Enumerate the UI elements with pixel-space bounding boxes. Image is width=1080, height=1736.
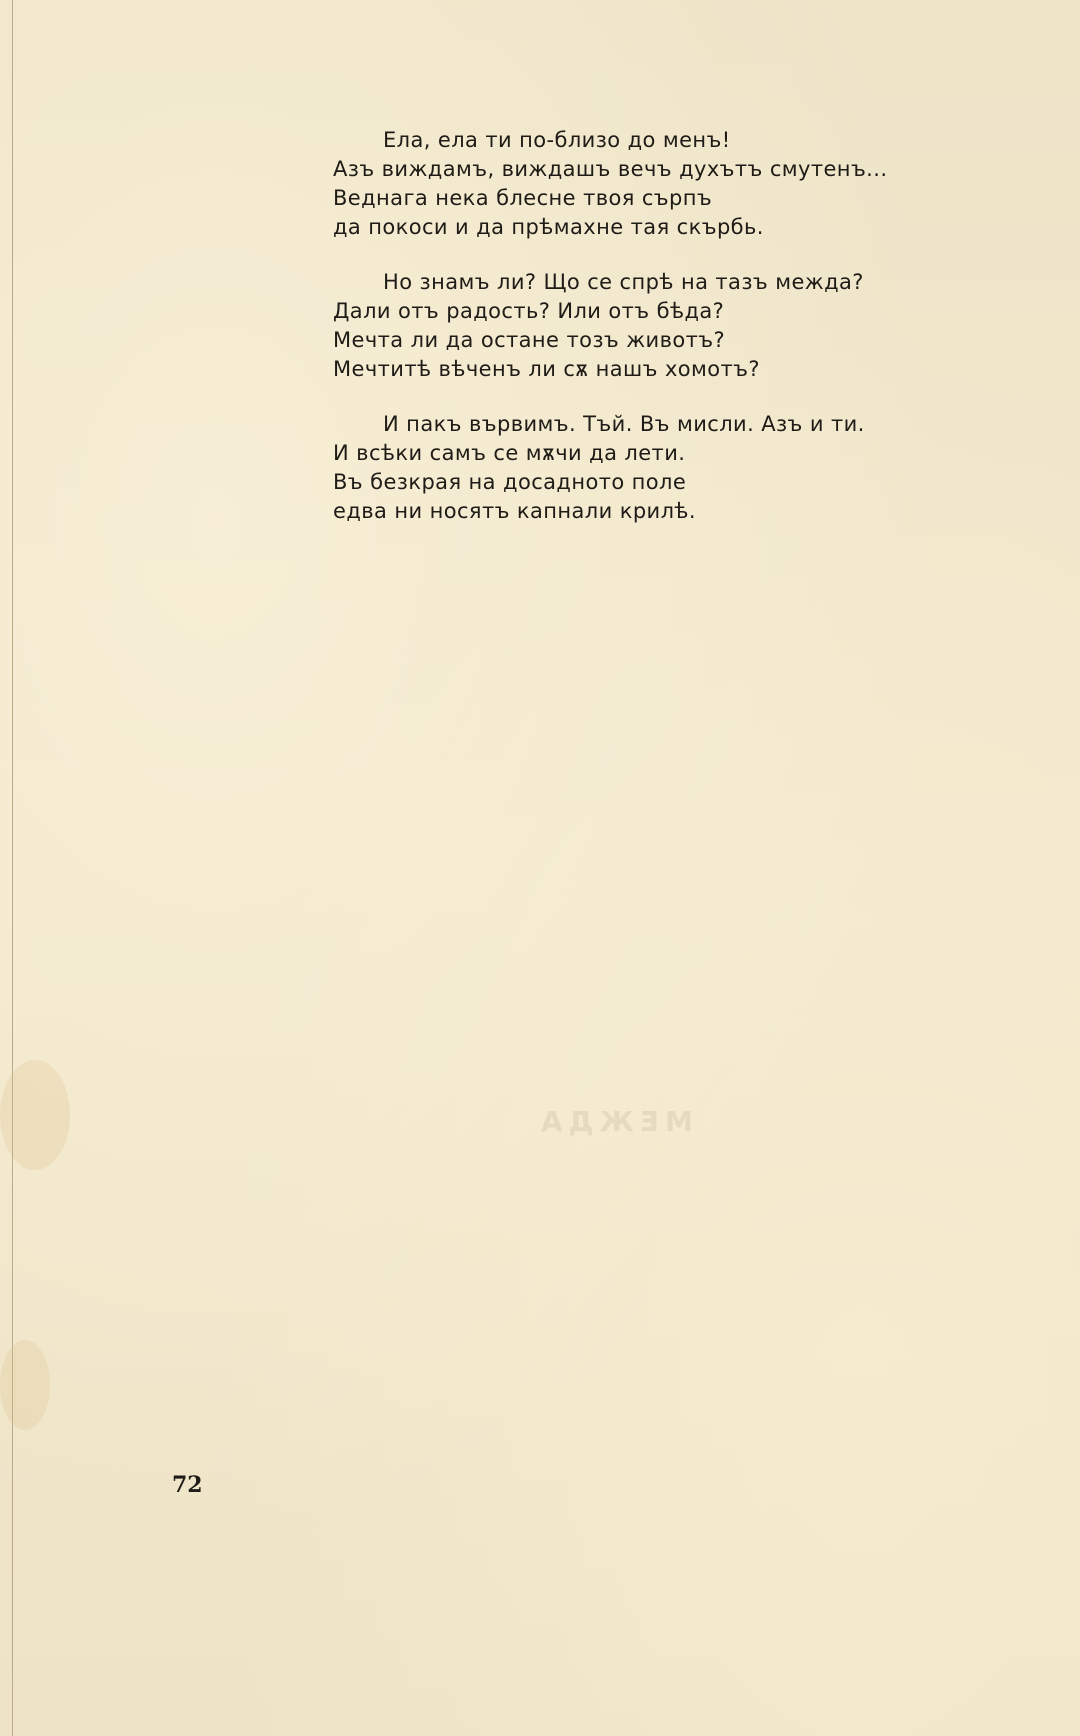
poem-line: едва ни носятъ капнали крилѣ. bbox=[333, 497, 923, 526]
poem-line: Но знамъ ли? Що се спрѣ на тазъ межда? bbox=[333, 268, 923, 297]
poem-line: Мечтитѣ вѣченъ ли сѫ нашъ хомотъ? bbox=[333, 355, 923, 384]
binding-edge-line bbox=[12, 0, 13, 1736]
poem-line: Веднага нека блесне твоя сърпъ bbox=[333, 184, 923, 213]
poem-line: Мечта ли да остане тозъ животъ? bbox=[333, 326, 923, 355]
poem: Ела, ела ти по-близо до менъ! Азъ виждам… bbox=[333, 126, 923, 552]
page-number: 72 bbox=[172, 1472, 203, 1498]
paper-stain bbox=[0, 1340, 50, 1430]
stanza-2: Но знамъ ли? Що се спрѣ на тазъ межда? Д… bbox=[333, 268, 923, 384]
stanza-1: Ела, ела ти по-близо до менъ! Азъ виждам… bbox=[333, 126, 923, 242]
book-page: МЕЖДА Ела, ела ти по-близо до менъ! Азъ … bbox=[0, 0, 1080, 1736]
poem-line: И всѣки самъ се мѫчи да лети. bbox=[333, 439, 923, 468]
poem-line: да покоси и да прѣмахне тая скърбь. bbox=[333, 213, 923, 242]
poem-line: И пакъ вървимъ. Тъй. Въ мисли. Азъ и ти. bbox=[333, 410, 923, 439]
show-through-title: МЕЖДА bbox=[535, 1105, 693, 1138]
poem-line: Дали отъ радость? Или отъ бѣда? bbox=[333, 297, 923, 326]
paper-stain bbox=[0, 1060, 70, 1170]
poem-line: Азъ виждамъ, виждашъ вечъ духътъ смутенъ… bbox=[333, 155, 923, 184]
poem-line: Въ безкрая на досадното поле bbox=[333, 468, 923, 497]
poem-line: Ела, ела ти по-близо до менъ! bbox=[333, 126, 923, 155]
stanza-3: И пакъ вървимъ. Тъй. Въ мисли. Азъ и ти.… bbox=[333, 410, 923, 526]
